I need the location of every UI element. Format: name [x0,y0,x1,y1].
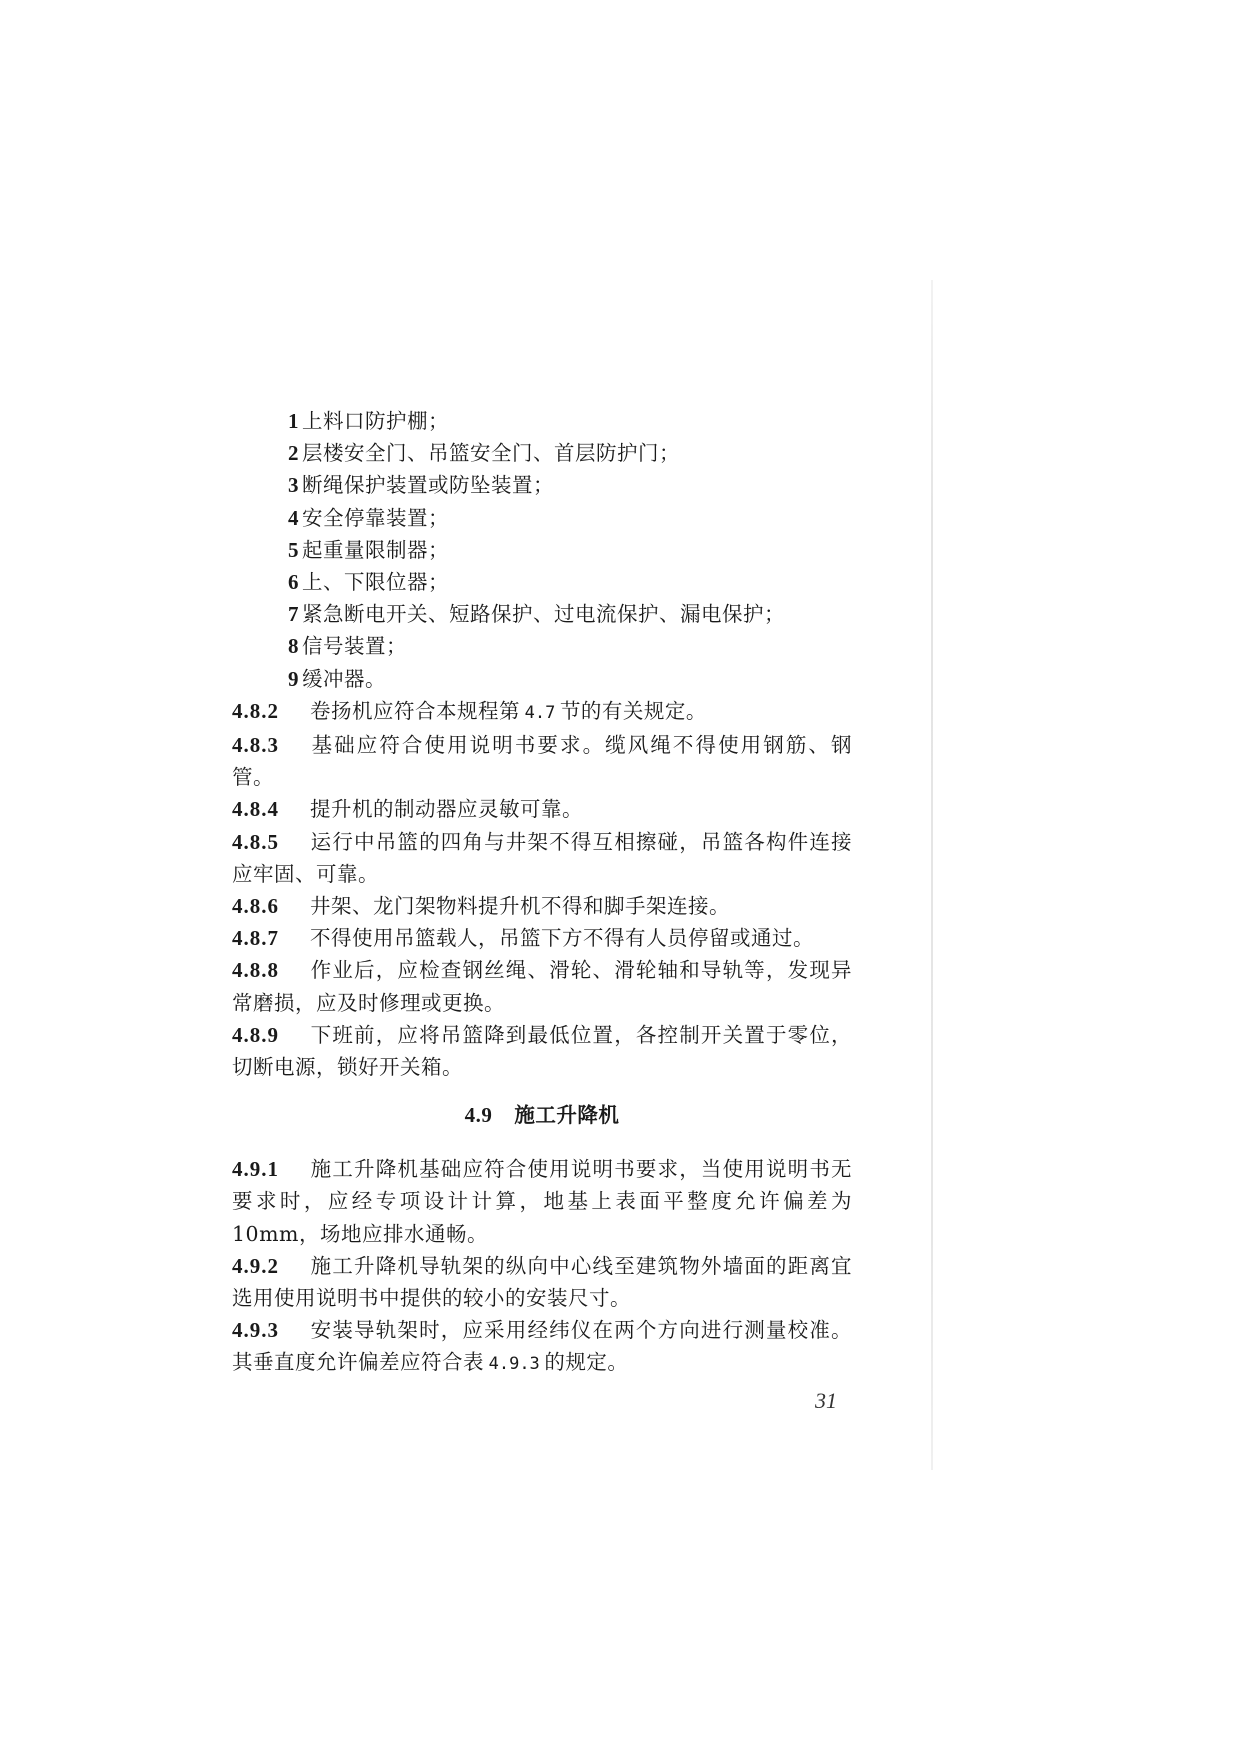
list-item: 4 安全停靠装置； [232,502,852,534]
list-item-text: 断绳保护装置或防坠装置； [302,469,554,501]
page-body: 1 上料口防护棚； 2 层楼安全门、吊篮安全门、首层防护门； 3 断绳保护装置或… [232,405,852,1381]
list-item-text: 信号装置； [302,630,407,662]
list-item: 7 紧急断电开关、短路保护、过电流保护、漏电保护； [232,598,852,630]
list-item-number: 5 [232,534,302,566]
clause-4-8-2: 4.8.2卷扬机应符合本规程第 4.7 节的有关规定。 [232,695,852,729]
clauses-4-8: 4.8.2卷扬机应符合本规程第 4.7 节的有关规定。 4.8.3基础应符合使用… [232,695,852,1083]
clause-number: 4.8.5 [232,826,310,858]
clause-4-9-3: 4.9.3安装导轨架时，应采用经纬仪在两个方向进行测量校准。其垂直度允许偏差应符… [232,1314,852,1380]
list-item-text: 安全停靠装置； [302,502,449,534]
clause-4-8-7: 4.8.7不得使用吊篮载人，吊篮下方不得有人员停留或通过。 [232,922,852,954]
list-item-text: 紧急断电开关、短路保护、过电流保护、漏电保护； [302,598,785,630]
clause-text: 施工升降机导轨架的纵向中心线至建筑物外墙面的距离宜选用使用说明书中提供的较小的安… [232,1254,852,1310]
list-item-number: 6 [232,566,302,598]
clause-4-9-1: 4.9.1施工升降机基础应符合使用说明书要求，当使用说明书无要求时，应经专项设计… [232,1153,852,1250]
clause-number: 4.8.8 [232,954,310,986]
cross-reference: 4.7 [525,703,556,723]
list-item-text: 层楼安全门、吊篮安全门、首层防护门； [302,437,680,469]
clause-number: 4.8.7 [232,922,310,954]
list-item: 3 断绳保护装置或防坠装置； [232,469,852,501]
clause-text: 节的有关规定。 [560,699,707,723]
list-item-number: 9 [232,663,302,695]
clause-number: 4.8.3 [232,729,310,761]
document-page: 1 上料口防护棚； 2 层楼安全门、吊篮安全门、首层防护门； 3 断绳保护装置或… [0,0,1240,1754]
clause-text: 下班前，应将吊篮降到最低位置，各控制开关置于零位，切断电源，锁好开关箱。 [232,1023,852,1079]
clause-4-8-8: 4.8.8作业后，应检查钢丝绳、滑轮、滑轮轴和导轨等，发现异常磨损，应及时修理或… [232,954,852,1018]
clause-4-9-2: 4.9.2施工升降机导轨架的纵向中心线至建筑物外墙面的距离宜选用使用说明书中提供… [232,1250,852,1314]
list-item-number: 2 [232,437,302,469]
clause-text: 基础应符合使用说明书要求。缆风绳不得使用钢筋、钢管。 [232,733,852,789]
clause-4-8-6: 4.8.6井架、龙门架物料提升机不得和脚手架连接。 [232,890,852,922]
clause-text: 卷扬机应符合本规程第 [310,699,520,723]
clause-text: 不得使用吊篮载人，吊篮下方不得有人员停留或通过。 [310,926,814,950]
clause-text: 的规定。 [544,1350,628,1374]
clause-number: 4.8.6 [232,890,310,922]
page-number: 31 [815,1388,837,1414]
clause-number: 4.9.1 [232,1153,310,1185]
clause-text: 运行中吊篮的四角与井架不得互相擦碰，吊篮各构件连接应牢固、可靠。 [232,830,852,886]
list-item: 8 信号装置； [232,630,852,662]
clause-number: 4.8.9 [232,1019,310,1051]
clause-text: 安装导轨架时，应采用经纬仪在两个方向进行测量校准。其垂直度允许偏差应符合表 [232,1318,852,1374]
clause-text: 作业后，应检查钢丝绳、滑轮、滑轮轴和导轨等，发现异常磨损，应及时修理或更换。 [232,958,852,1014]
section-title: 施工升降机 [514,1103,619,1127]
list-item-number: 3 [232,469,302,501]
list-item: 6 上、下限位器； [232,566,852,598]
list-item: 5 起重量限制器； [232,534,852,566]
clauses-4-9: 4.9.1施工升降机基础应符合使用说明书要求，当使用说明书无要求时，应经专项设计… [232,1153,852,1380]
clause-4-8-3: 4.8.3基础应符合使用说明书要求。缆风绳不得使用钢筋、钢管。 [232,729,852,793]
list-item-text: 起重量限制器； [302,534,449,566]
clause-4-8-9: 4.8.9下班前，应将吊篮降到最低位置，各控制开关置于零位，切断电源，锁好开关箱… [232,1019,852,1083]
clause-text: 施工升降机基础应符合使用说明书要求，当使用说明书无要求时，应经专项设计计算，地基… [232,1157,852,1245]
list-item: 9 缓冲器。 [232,663,852,695]
clause-number: 4.9.2 [232,1250,310,1282]
list-item-number: 8 [232,630,302,662]
safety-device-list: 1 上料口防护棚； 2 层楼安全门、吊篮安全门、首层防护门； 3 断绳保护装置或… [232,405,852,695]
list-item: 1 上料口防护棚； [232,405,852,437]
list-item: 2 层楼安全门、吊篮安全门、首层防护门； [232,437,852,469]
section-heading: 4.9施工升降机 [232,1083,852,1147]
list-item-number: 4 [232,502,302,534]
clause-text: 提升机的制动器应灵敏可靠。 [310,797,583,821]
clause-number: 4.8.2 [232,695,310,727]
list-item-text: 上料口防护棚； [302,405,449,437]
list-item-text: 缓冲器。 [302,663,386,695]
table-reference: 4.9.3 [489,1354,540,1374]
list-item-number: 7 [232,598,302,630]
list-item-number: 1 [232,405,302,437]
clause-4-8-5: 4.8.5运行中吊篮的四角与井架不得互相擦碰，吊篮各构件连接应牢固、可靠。 [232,826,852,890]
clause-4-8-4: 4.8.4提升机的制动器应灵敏可靠。 [232,793,852,825]
list-item-text: 上、下限位器； [302,566,449,598]
binding-gutter-line [931,280,933,1470]
section-number: 4.9 [465,1103,493,1127]
clause-text: 井架、龙门架物料提升机不得和脚手架连接。 [310,894,730,918]
clause-number: 4.9.3 [232,1314,310,1346]
clause-number: 4.8.4 [232,793,310,825]
